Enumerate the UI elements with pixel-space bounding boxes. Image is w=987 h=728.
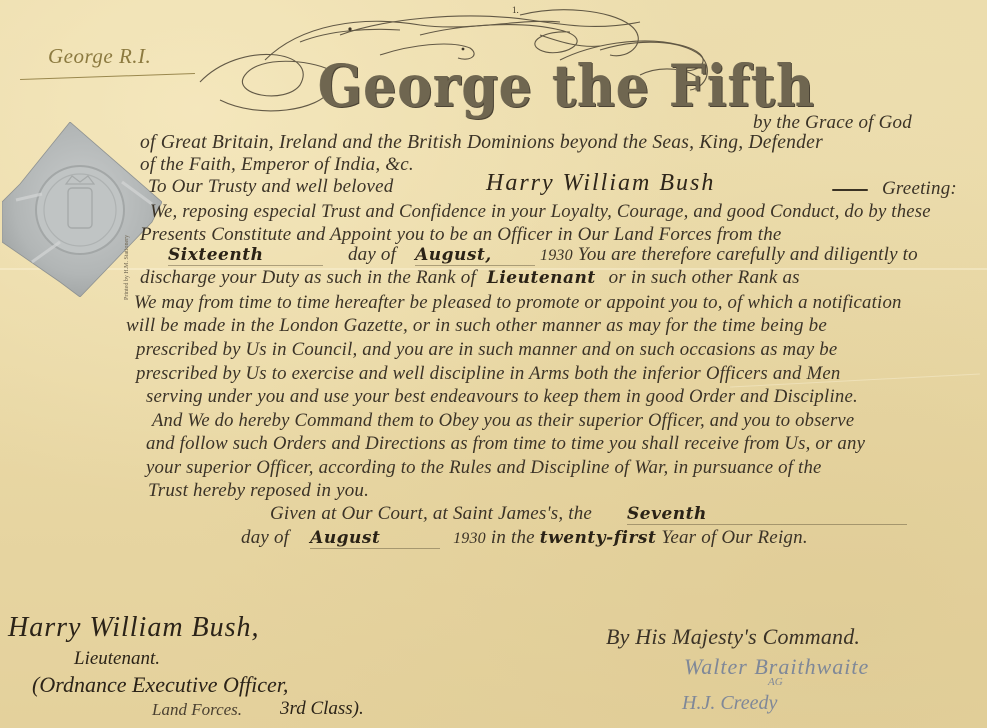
endorsement-name: Harry William Bush, [8,612,260,644]
document-title: George the Fifth [318,52,815,120]
body-line-follow: and follow such Orders and Directions as… [146,433,865,455]
to-line: To Our Trusty and well beloved [148,176,393,198]
commission-document: 1. George R.I. George the Fifth Printed … [0,0,987,728]
appointment-month: August, [415,245,535,266]
to-prefix: To Our Trusty and well beloved [148,176,393,197]
body-line-command: And We do hereby Command them to Obey yo… [152,410,854,432]
endorsement-forces: Land Forces. [152,700,242,720]
greeting-text: Greeting: [882,178,957,199]
endorsement-class: 3rd Class). [280,698,364,720]
countersign-initials: AG [768,676,783,688]
embossed-seal-icon [2,122,162,297]
royal-sign-manual: George R.I. [48,44,151,69]
body-line-presents: Presents Constitute and Appoint you to b… [140,224,782,246]
other-rank-text: or in such other Rank as [609,267,800,288]
body-line-we-may: We may from time to time hereafter be pl… [134,292,902,314]
body-line-gazette: will be made in the London Gazette, or i… [126,315,827,337]
endorsement-rank: Lieutenant. [74,648,160,670]
appointment-date-line: Sixteenth day of August, 1930 You are th… [168,244,918,266]
body-line-council: prescribed by Us in Council, and you are… [136,339,837,361]
recipient-name: Harry William Bush [486,170,715,197]
preamble-line-1: by the Grace of God [753,112,912,134]
greeting-swash [832,189,868,191]
preamble-line-2: of Great Britain, Ireland and the Britis… [140,132,823,154]
given-suffix: Year of Our Reign. [661,527,807,548]
body-line-exercise: prescribed by Us to exercise and well di… [136,363,840,385]
appointment-day-of: day of [348,244,396,265]
greeting-line: Greeting: [812,178,957,200]
discharge-text: discharge your Duty as such in the Rank … [140,267,476,288]
body-line-discharge: discharge your Duty as such in the Rank … [140,267,800,289]
appointment-day: Sixteenth [168,245,323,266]
given-prefix: Given at Our Court, at Saint James's, th… [270,503,592,524]
page-number: 1. [512,5,519,15]
given-month: August [310,528,440,549]
rank-fill: Lieutenant [487,268,596,288]
given-in-the: in the [491,527,535,548]
preamble-line-3: of the Faith, Emperor of India, &c. [140,154,414,176]
given-line: Given at Our Court, at Saint James's, th… [270,503,907,525]
given-reign-year: twenty-first [540,528,657,548]
majesty-command: By His Majesty's Command. [606,624,860,650]
body-line-therefore: You are therefore carefully and diligent… [578,244,918,265]
appointment-year: 1930 [540,247,573,264]
body-line-superior: your superior Officer, according to the … [146,457,822,479]
body-line-serving: serving under you and use your best ende… [146,386,858,408]
given-day: Seventh [627,504,907,525]
given-day-of: day of [241,527,289,548]
endorsement-role: (Ordnance Executive Officer, [32,672,288,698]
given-year: 1930 [453,530,486,547]
countersign-signature-2: H.J. Creedy [682,692,777,715]
body-line-reposing: We, reposing especial Trust and Confiden… [150,201,931,223]
given-date-line: day of August 1930 in the twenty-first Y… [241,527,808,549]
body-line-trust: Trust hereby reposed in you. [148,480,369,502]
printer-mark: Printed by H.M. Stationery [124,220,130,300]
